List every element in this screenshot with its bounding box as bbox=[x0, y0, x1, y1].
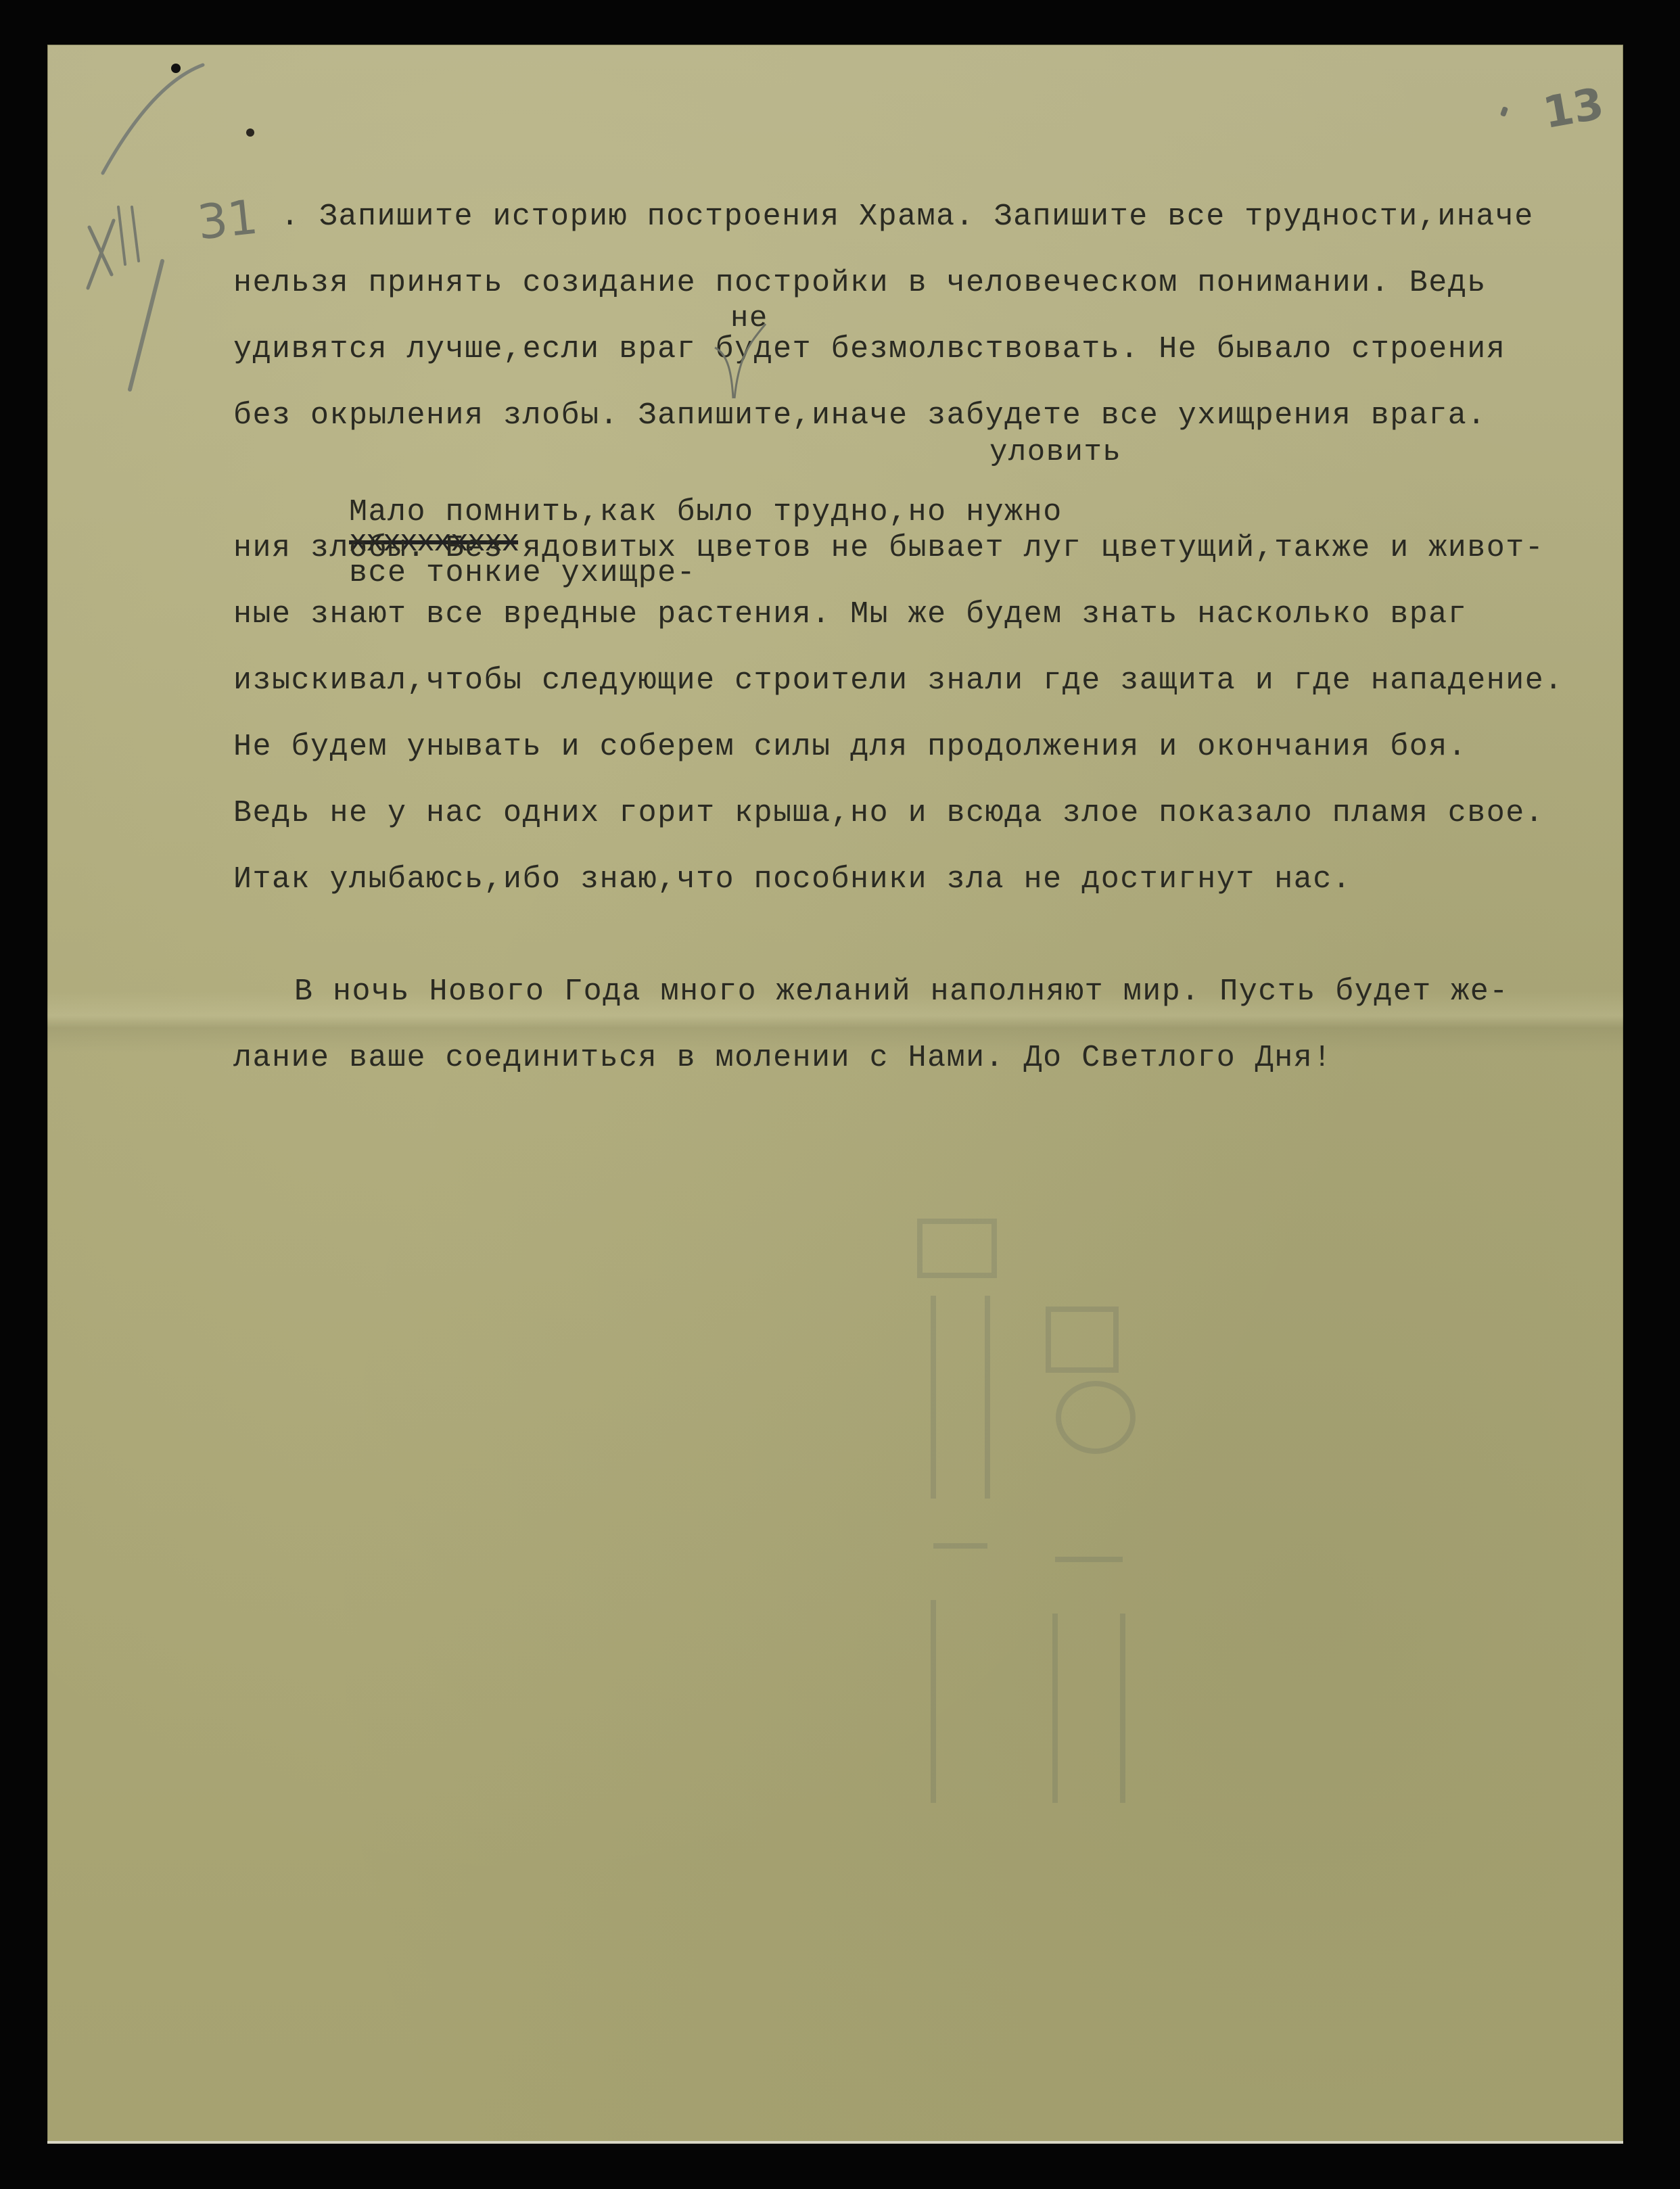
text-line-2: нельзя принять созидание постройки в чел… bbox=[233, 268, 1487, 298]
text-line-11: Итак улыбаюсь,ибо знаю,что пособники зла… bbox=[233, 864, 1351, 895]
text-line-6: ния злобы. Без ядовитых цветов не бывает… bbox=[233, 533, 1544, 563]
text-line-13: лание ваше соединиться в молении с Нами.… bbox=[233, 1043, 1332, 1073]
text-line-12: В ночь Нового Года много желаний наполня… bbox=[294, 976, 1509, 1007]
text-line-10: Ведь не у нас одних горит крыша,но и всю… bbox=[233, 798, 1544, 828]
insertion-caret-mark bbox=[711, 321, 772, 402]
text-line-8: изыскивал,чтобы следующие строители знал… bbox=[233, 665, 1564, 696]
insertion-ulovit: уловить bbox=[989, 436, 1121, 469]
page-number: 13 bbox=[1539, 79, 1608, 139]
paragraph-2: В ночь Нового Года много желаний наполня… bbox=[47, 45, 124, 166]
text-line-5-start: Мало помнить,как было трудно,но нужно bbox=[349, 495, 1063, 529]
text-line-7: ные знают все вредные растения. Мы же бу… bbox=[233, 599, 1467, 630]
text-line-9: Не будем унывать и соберем силы для прод… bbox=[233, 732, 1467, 762]
text-line-1: . Запишите историю построения Храма. Зап… bbox=[281, 202, 1534, 232]
document-page: 31 13 . Запишите историю построения Храм… bbox=[47, 45, 1623, 2144]
pencil-dot-mark bbox=[1500, 106, 1508, 117]
text-line-3: удивятся лучше,если враг будет безмолвст… bbox=[233, 334, 1506, 364]
page-bottom-edge bbox=[47, 2141, 1623, 2144]
bleed-through-marks bbox=[845, 1194, 1224, 1938]
margin-day-number: 31 bbox=[195, 189, 260, 251]
text-line-4: без окрыления злобы. Запишите,иначе забу… bbox=[233, 400, 1487, 431]
